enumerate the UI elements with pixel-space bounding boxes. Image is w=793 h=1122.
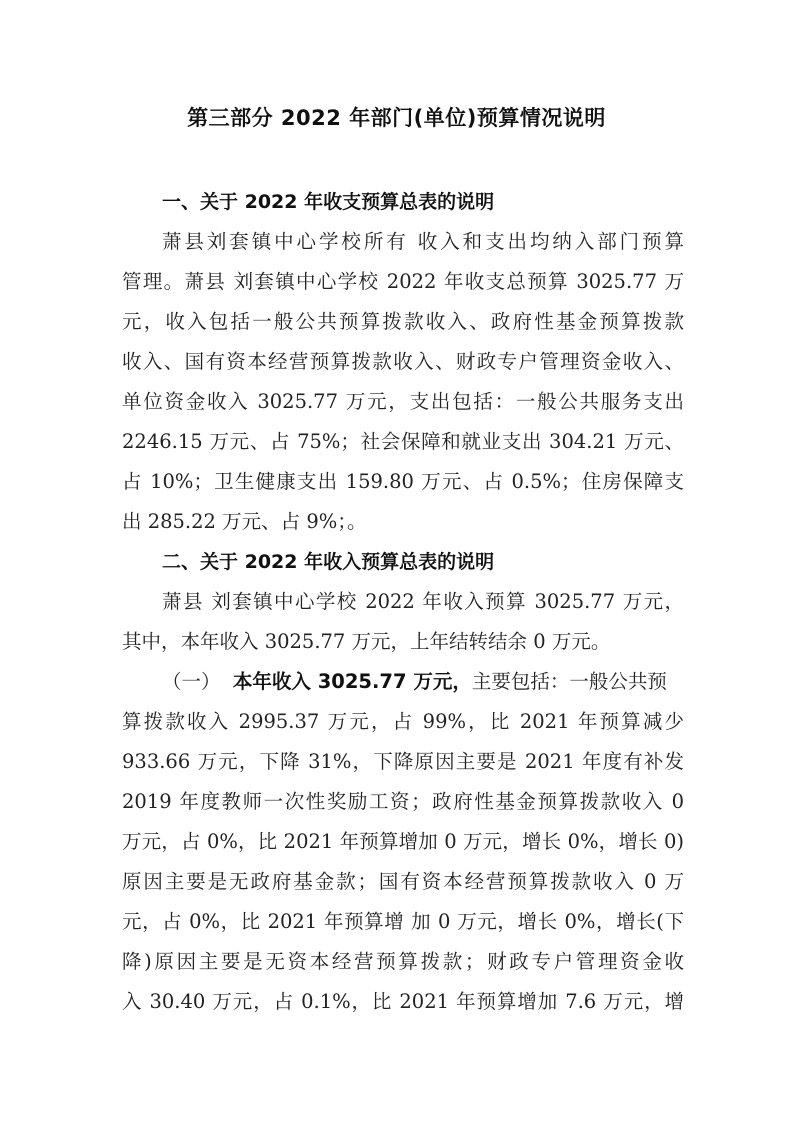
page-title: 第三部分 2022 年部门(单位)预算情况说明 xyxy=(0,102,793,132)
paragraph-line: 出 285.22 万元、占 9%；。 xyxy=(122,509,684,535)
subsection-prefix: （一） xyxy=(162,670,221,693)
paragraph-line: 萧县刘套镇中心学校所有 收入和支出均纳入部门预算 xyxy=(162,229,684,255)
subsection-bold-lead: 本年收入 3025.77 万元， xyxy=(233,670,472,693)
paragraph-line: 其中，本年收入 3025.77 万元，上年结转结余 0 万元。 xyxy=(122,629,684,655)
subsection-first-line-rest: 主要包括：一般公共预 xyxy=(472,670,667,693)
paragraph-line: 入 30.40 万元，占 0.1%，比 2021 年预算增加 7.6 万元，增 xyxy=(122,989,684,1015)
paragraph-line: 元，占 0%，比 2021 年预算增 加 0 万元，增长 0%，增长(下 xyxy=(122,909,684,935)
paragraph-line: 933.66 万元，下降 31%，下降原因主要是 2021 年度有补发 xyxy=(122,749,684,775)
paragraph-line: 原因主要是无政府基金款；国有资本经营预算拨款收入 0 万 xyxy=(122,869,684,895)
paragraph-line: 万元，占 0%，比 2021 年预算增加 0 万元，增长 0%，增长 0) xyxy=(122,829,684,855)
subsection-1-first-line: （一） 本年收入 3025.77 万元，主要包括：一般公共预 xyxy=(162,669,684,695)
paragraph-line: 单位资金收入 3025.77 万元，支出包括：一般公共服务支出 xyxy=(122,389,684,415)
paragraph-line: 元，收入包括一般公共预算拨款收入、政府性基金预算拨款 xyxy=(122,309,684,335)
section-2-heading: 二、关于 2022 年收入预算总表的说明 xyxy=(162,549,494,575)
paragraph-line: 2246.15 万元、占 75%；社会保障和就业支出 304.21 万元、 xyxy=(122,429,684,455)
paragraph-line: 算拨款收入 2995.37 万元，占 99%，比 2021 年预算减少 xyxy=(122,709,684,735)
paragraph-line: 占 10%；卫生健康支出 159.80 万元、占 0.5%；住房保障支 xyxy=(122,469,684,495)
paragraph-line: 管理。萧县 刘套镇中心学校 2022 年收支总预算 3025.77 万 xyxy=(122,269,684,295)
paragraph-line: 收入、国有资本经营预算拨款收入、财政专户管理资金收入、 xyxy=(122,349,684,375)
paragraph-line: 萧县 刘套镇中心学校 2022 年收入预算 3025.77 万元， xyxy=(162,589,684,615)
document-page: 第三部分 2022 年部门(单位)预算情况说明 一、关于 2022 年收支预算总… xyxy=(0,0,793,1122)
paragraph-line: 2019 年度教师一次性奖励工资；政府性基金预算拨款收入 0 xyxy=(122,789,684,815)
section-1-heading: 一、关于 2022 年收支预算总表的说明 xyxy=(162,189,494,215)
paragraph-line: 降)原因主要是无资本经营预算拨款；财政专户管理资金收 xyxy=(122,949,684,975)
